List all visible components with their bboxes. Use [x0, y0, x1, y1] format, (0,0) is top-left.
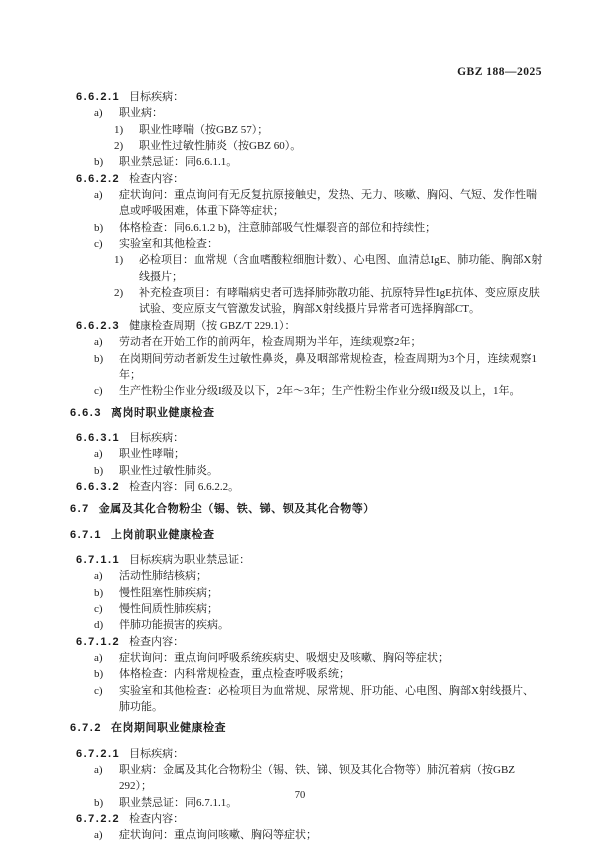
clause-number: 6.6.2.1: [76, 89, 120, 105]
item-text: 体格检查：同6.6.1.2 b)，注意肺部吸气性爆裂音的部位和持续性；: [119, 220, 544, 236]
list-item-b: b)职业性过敏性肺炎。: [94, 463, 544, 479]
item-text: 职业性过敏性肺炎。: [119, 463, 544, 479]
item-text: 慢性间质性肺疾病；: [119, 601, 544, 617]
clause-number: 6.7.1.2: [76, 634, 120, 650]
item-text: 劳动者在开始工作的前两年，检查周期为半年，连续观察2年；: [119, 334, 544, 350]
subitem-label: 1): [114, 252, 139, 268]
heading-number: 6.7.2: [70, 720, 102, 736]
list-item-c: c)慢性间质性肺疾病；: [94, 601, 544, 617]
list-item-b: b)体格检查：内科常规检查，重点检查呼吸系统；: [94, 666, 544, 682]
clause-number: 6.7.1.1: [76, 552, 120, 568]
item-text: 实验室和其他检查：必检项目为血常规、尿常规、肝功能、心电图、胸部X射线摄片、肺功…: [119, 683, 544, 716]
item-text: 慢性阻塞性肺疾病；: [119, 585, 544, 601]
clause-text: 目标疾病：: [129, 746, 544, 762]
subitem-label: 2): [114, 138, 139, 154]
heading-text: 离岗时职业健康检查: [111, 405, 544, 421]
item-text: 在岗期间劳动者新发生过敏性鼻炎，鼻及咽部常规检查，检查周期为3个月，连续观察1年…: [119, 351, 544, 384]
list-subitem-2: 2)补充检查项目：有哮喘病史者可选择肺弥散功能、抗原特异性IgE抗体、变应原皮肤…: [114, 285, 544, 318]
item-label: a): [94, 187, 119, 203]
subitem-text: 职业性过敏性肺炎（按GBZ 60）。: [139, 138, 544, 154]
clause-6.6.3.1: 6.6.3.1目标疾病：: [76, 430, 544, 446]
clause-number: 6.6.2.3: [76, 318, 120, 334]
item-label: b): [94, 463, 119, 479]
item-text: 症状询问：重点询问有无反复抗原接触史，发热、无力、咳嗽、胸闷、气短、发作性喘息或…: [119, 187, 544, 220]
clause-number: 6.7.2.1: [76, 746, 120, 762]
document-page: GBZ 188—2025 6.6.2.1目标疾病： a)职业病： 1)职业性哮喘…: [0, 0, 600, 848]
item-text: 症状询问：重点询问呼吸系统疾病史、吸烟史及咳嗽、胸闷等症状；: [119, 650, 544, 666]
clause-number: 6.6.3.1: [76, 430, 120, 446]
clause-6.6.2.3: 6.6.2.3健康检查周期（按 GBZ/T 229.1）：: [76, 318, 544, 334]
clause-text: 目标疾病：: [129, 89, 544, 105]
list-subitem-2: 2)职业性过敏性肺炎（按GBZ 60）。: [114, 138, 544, 154]
item-label: d): [94, 617, 119, 633]
item-text: 实验室和其他检查：: [119, 236, 544, 252]
item-label: a): [94, 650, 119, 666]
item-label: c): [94, 236, 119, 252]
clause-6.7.1.2: 6.7.1.2检查内容：: [76, 634, 544, 650]
item-text: 症状询问：重点询问咳嗽、胸闷等症状；: [119, 827, 544, 843]
list-item-c: c)实验室和其他检查：必检项目为血常规、尿常规、肝功能、心电图、胸部X射线摄片、…: [94, 683, 544, 716]
list-item-a: a)症状询问：重点询问呼吸系统疾病史、吸烟史及咳嗽、胸闷等症状；: [94, 650, 544, 666]
list-item-c: c)实验室和其他检查：: [94, 236, 544, 252]
page-number: 70: [0, 790, 600, 801]
subitem-text: 补充检查项目：有哮喘病史者可选择肺弥散功能、抗原特异性IgE抗体、变应原皮肤试验…: [139, 285, 544, 318]
item-label: a): [94, 762, 119, 778]
clause-6.7.2.2: 6.7.2.2检查内容：: [76, 811, 544, 827]
list-item-c: c)生产性粉尘作业分级I级及以下，2年～3年；生产性粉尘作业分级II级及以上，1…: [94, 383, 544, 399]
list-subitem-1: 1)必检项目：血常规（含血嗜酸粒细胞计数）、心电图、血清总IgE、肺功能、胸部X…: [114, 252, 544, 285]
item-label: c): [94, 383, 119, 399]
subitem-label: 2): [114, 285, 139, 301]
clause-number: 6.7.2.2: [76, 811, 120, 827]
clause-text: 检查内容：同 6.6.2.2。: [129, 479, 544, 495]
clause-text: 目标疾病：: [129, 430, 544, 446]
item-label: c): [94, 601, 119, 617]
clause-number: 6.6.2.2: [76, 171, 120, 187]
item-text: 活动性肺结核病；: [119, 568, 544, 584]
list-item-d: d)伴肺功能损害的疾病。: [94, 617, 544, 633]
item-text: 体格检查：内科常规检查，重点检查呼吸系统；: [119, 666, 544, 682]
clause-text: 检查内容：: [129, 811, 544, 827]
clause-6.6.3.2: 6.6.3.2检查内容：同 6.6.2.2。: [76, 479, 544, 495]
list-item-b: b)在岗期间劳动者新发生过敏性鼻炎，鼻及咽部常规检查，检查周期为3个月，连续观察…: [94, 351, 544, 384]
item-label: a): [94, 334, 119, 350]
heading-6.7: 6.7金属及其化合物粉尘（锡、铁、锑、钡及其化合物等）: [70, 501, 544, 517]
item-label: a): [94, 568, 119, 584]
list-item-b: b)职业禁忌证：同6.6.1.1。: [94, 154, 544, 170]
item-text: 职业病：: [119, 105, 544, 121]
list-item-a: a)职业病：: [94, 105, 544, 121]
subitem-text: 必检项目：血常规（含血嗜酸粒细胞计数）、心电图、血清总IgE、肺功能、胸部X射线…: [139, 252, 544, 285]
item-label: b): [94, 154, 119, 170]
clause-text: 检查内容：: [129, 634, 544, 650]
item-label: c): [94, 683, 119, 699]
heading-text: 上岗前职业健康检查: [111, 527, 544, 543]
item-label: b): [94, 220, 119, 236]
heading-6.7.2: 6.7.2在岗期间职业健康检查: [70, 720, 544, 736]
list-item-a: a)活动性肺结核病；: [94, 568, 544, 584]
item-text: 职业性哮喘；: [119, 446, 544, 462]
heading-6.7.1: 6.7.1上岗前职业健康检查: [70, 527, 544, 543]
clause-number: 6.6.3.2: [76, 479, 120, 495]
heading-text: 在岗期间职业健康检查: [111, 720, 544, 736]
heading-text: 金属及其化合物粉尘（锡、铁、锑、钡及其化合物等）: [99, 501, 544, 517]
clause-6.7.1.1: 6.7.1.1目标疾病为职业禁忌证：: [76, 552, 544, 568]
item-label: a): [94, 105, 119, 121]
clause-text: 检查内容：: [129, 171, 544, 187]
item-text: 伴肺功能损害的疾病。: [119, 617, 544, 633]
item-label: b): [94, 666, 119, 682]
list-item-b: b)体格检查：同6.6.1.2 b)，注意肺部吸气性爆裂音的部位和持续性；: [94, 220, 544, 236]
list-item-a: a)劳动者在开始工作的前两年，检查周期为半年，连续观察2年；: [94, 334, 544, 350]
heading-6.6.3: 6.6.3离岗时职业健康检查: [70, 405, 544, 421]
list-item-a: a)症状询问：重点询问有无反复抗原接触史，发热、无力、咳嗽、胸闷、气短、发作性喘…: [94, 187, 544, 220]
heading-number: 6.6.3: [70, 405, 102, 421]
item-label: a): [94, 827, 119, 843]
subitem-label: 1): [114, 122, 139, 138]
clause-6.6.2.2: 6.6.2.2检查内容：: [76, 171, 544, 187]
item-text: 职业禁忌证：同6.6.1.1。: [119, 154, 544, 170]
list-item-a: a)职业性哮喘；: [94, 446, 544, 462]
clause-6.7.2.1: 6.7.2.1目标疾病：: [76, 746, 544, 762]
clause-text: 目标疾病为职业禁忌证：: [129, 552, 544, 568]
list-item-a: a)症状询问：重点询问咳嗽、胸闷等症状；: [94, 827, 544, 843]
item-text: 生产性粉尘作业分级I级及以下，2年～3年；生产性粉尘作业分级II级及以上，1年。: [119, 383, 544, 399]
list-item-b: b)慢性阻塞性肺疾病；: [94, 585, 544, 601]
subitem-text: 职业性哮喘（按GBZ 57）；: [139, 122, 544, 138]
heading-number: 6.7: [70, 501, 90, 517]
heading-number: 6.7.1: [70, 527, 102, 543]
clause-6.6.2.1: 6.6.2.1目标疾病：: [76, 89, 544, 105]
document-body: 6.6.2.1目标疾病： a)职业病： 1)职业性哮喘（按GBZ 57）； 2)…: [70, 89, 544, 844]
standard-number: GBZ 188—2025: [457, 66, 542, 78]
list-subitem-1: 1)职业性哮喘（按GBZ 57）；: [114, 122, 544, 138]
item-label: b): [94, 585, 119, 601]
item-label: a): [94, 446, 119, 462]
clause-text: 健康检查周期（按 GBZ/T 229.1）：: [129, 318, 544, 334]
item-label: b): [94, 351, 119, 367]
